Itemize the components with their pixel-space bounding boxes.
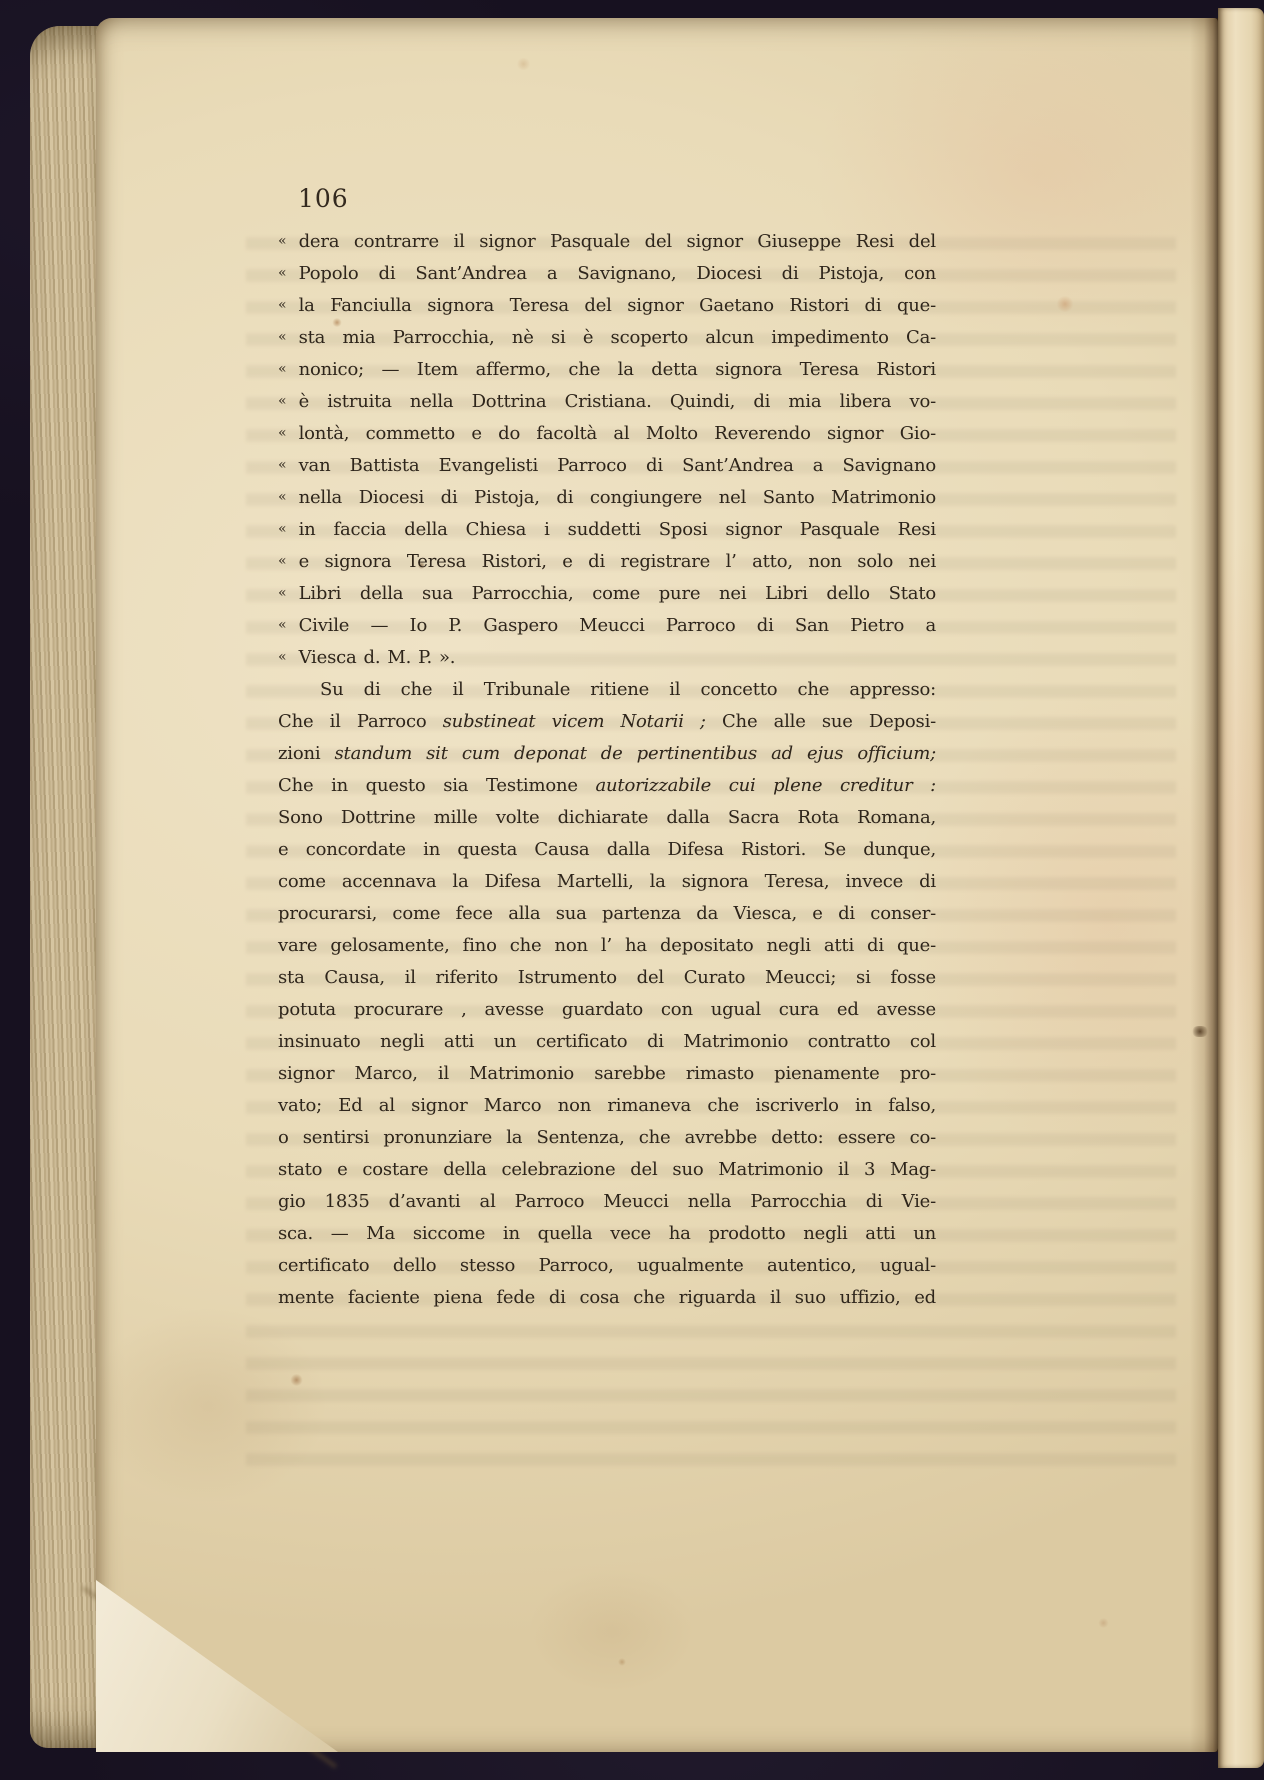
- quote-mark: «: [278, 649, 286, 665]
- page-stack-fore-edge: [30, 26, 102, 1748]
- foxing-spot: [516, 58, 531, 70]
- body-line: o sentirsi pronunziare la Sentenza, che …: [278, 1122, 936, 1154]
- dog-ear-fold: [96, 1580, 338, 1752]
- body-line: mente faciente piena fede di cosa che ri…: [278, 1282, 936, 1314]
- quoted-line: «nonico; — Item affermo, che la detta si…: [278, 354, 936, 386]
- body-line: Su di che il Tribunale ritiene il concet…: [278, 674, 936, 706]
- quote-mark: «: [278, 617, 286, 633]
- quote-mark: «: [278, 521, 286, 537]
- body-line: sta Causa, il riferito Istrumento del Cu…: [278, 962, 936, 994]
- quoted-line: «è istruita nella Dottrina Cristiana. Qu…: [278, 386, 936, 418]
- quoted-line: «Libri della sua Parrocchia, come pure n…: [278, 578, 936, 610]
- quoted-line: «Popolo di Sant’Andrea a Savignano, Dioc…: [278, 258, 936, 290]
- gutter-crease: [1190, 18, 1218, 1752]
- body-line: e concordate in questa Causa dalla Difes…: [278, 834, 936, 866]
- body-line: signor Marco, il Matrimonio sarebbe rima…: [278, 1058, 936, 1090]
- body-line: Che in questo sia Testimone autorizzabil…: [278, 770, 936, 802]
- quoted-line: «Civile — Io P. Gaspero Meucci Parroco d…: [278, 610, 936, 642]
- foxing-spot: [1056, 296, 1074, 312]
- next-page-edge: [1218, 8, 1264, 1768]
- body-line: potuta procurare , avesse guardato con u…: [278, 994, 936, 1026]
- quoted-line: «e signora Teresa Ristori, e di registra…: [278, 546, 936, 578]
- quoted-line: «van Battista Evangelisti Parroco di San…: [278, 450, 936, 482]
- quote-mark: «: [278, 233, 286, 249]
- foxing-spot: [290, 1374, 303, 1386]
- page-number: 106: [298, 184, 349, 213]
- quote-mark: «: [278, 297, 286, 313]
- body-line: certificato dello stesso Parroco, ugualm…: [278, 1250, 936, 1282]
- body-line: sca. — Ma siccome in quella vece ha prod…: [278, 1218, 936, 1250]
- quoted-line: «in faccia della Chiesa i suddetti Sposi…: [278, 514, 936, 546]
- body-line: Sono Dottrine mille volte dichiarate dal…: [278, 802, 936, 834]
- body-line: procurarsi, come fece alla sua partenza …: [278, 898, 936, 930]
- quote-mark: «: [278, 489, 286, 505]
- quote-mark: «: [278, 425, 286, 441]
- book-page: 106 «dera contrarre il signor Pasquale d…: [96, 18, 1218, 1752]
- quote-mark: «: [278, 265, 286, 281]
- quoted-line: «sta mia Parrocchia, nè si è scoperto al…: [278, 322, 936, 354]
- quoted-line: «lontà, commetto e do facoltà al Molto R…: [278, 418, 936, 450]
- body-line: vato; Ed al signor Marco non rimaneva ch…: [278, 1090, 936, 1122]
- quote-mark: «: [278, 329, 286, 345]
- quoted-line: «dera contrarre il signor Pasquale del s…: [278, 226, 936, 258]
- foxing-spot: [1098, 1618, 1109, 1628]
- body-line: insinuato negli atti un certificato di M…: [278, 1026, 936, 1058]
- quoted-line: «nella Diocesi di Pistoja, di congiunger…: [278, 482, 936, 514]
- body-line: zioni standum sit cum deponat de pertine…: [278, 738, 936, 770]
- body-line: gio 1835 d’avanti al Parroco Meucci nell…: [278, 1186, 936, 1218]
- quote-mark: «: [278, 361, 286, 377]
- foxing-spot: [618, 1658, 626, 1666]
- text-block: «dera contrarre il signor Pasquale del s…: [278, 226, 936, 1314]
- quoted-line: «Viesca d. M. P. ».: [278, 642, 936, 674]
- body-line: come accennava la Difesa Martelli, la si…: [278, 866, 936, 898]
- quote-mark: «: [278, 553, 286, 569]
- body-line: stato e costare della celebrazione del s…: [278, 1154, 936, 1186]
- body-line: Che il Parroco substineat vicem Notarii …: [278, 706, 936, 738]
- quote-mark: «: [278, 457, 286, 473]
- book-photo-scene: 106 «dera contrarre il signor Pasquale d…: [0, 0, 1264, 1780]
- body-line: vare gelosamente, fino che non l’ ha dep…: [278, 930, 936, 962]
- quote-mark: «: [278, 585, 286, 601]
- quote-mark: «: [278, 393, 286, 409]
- quoted-line: «la Fanciulla signora Teresa del signor …: [278, 290, 936, 322]
